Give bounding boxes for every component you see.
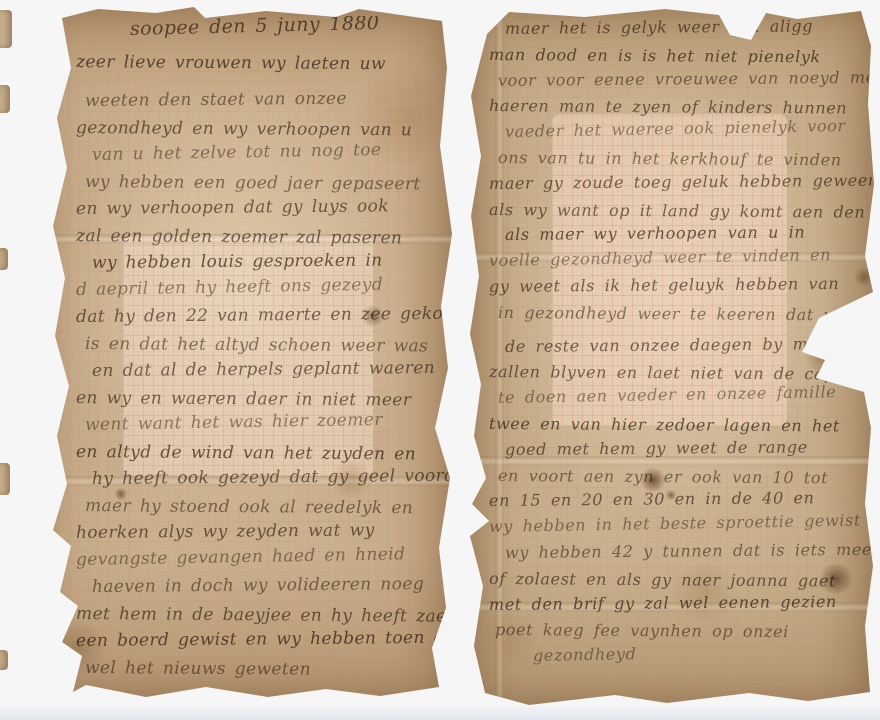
handwriting-line: te doen aen vaeder en onzee famille xyxy=(498,379,872,411)
handwriting-line: dat hy den 22 van maerte en zee gekom xyxy=(76,301,449,331)
handwriting-line: soopee den 5 juny 1880 xyxy=(130,16,449,43)
handwriting-line: de reste van onzee daegen by maekaer xyxy=(505,330,872,359)
handwriting-line: vaeder het waeree ook pienelyk voor xyxy=(505,113,872,145)
handwriting-line: wy hebben in het beste sproettie gewist xyxy=(489,507,872,539)
handwriting-line: d aepril ten hy heeft ons gezeyd xyxy=(76,270,449,304)
handwriting-line: met den brif gy zal wel eenen gezien xyxy=(489,588,872,617)
handwriting-line: wel het nieuws geweten xyxy=(85,655,449,685)
handwriting-line: weeten den staet van onzee xyxy=(85,85,449,115)
handwriting-line: maer het is gelyk weer van aligg xyxy=(505,16,872,42)
handwriting-line: zeer lieve vrouwen wy laeten uw xyxy=(76,49,449,79)
handwriting-line: goed met hem gy weet de range xyxy=(505,434,872,463)
handwriting-line: van u het zelve tot nu nog toe xyxy=(92,136,449,169)
handwriting-line: haeven in doch wy volideeren noeg xyxy=(92,571,449,601)
page-right-text: maer het is gelyk weer van aliggman dood… xyxy=(489,16,872,706)
scanned-letter: soopee den 5 juny 1880zeer lieve vrouwen… xyxy=(0,0,880,720)
page-left-text: soopee den 5 juny 1880zeer lieve vrouwen… xyxy=(76,16,449,698)
handwriting-line: en dat al de herpels geplant waeren xyxy=(92,355,449,385)
scan-bottom-edge xyxy=(0,704,880,720)
handwriting-line: hy heeft ook gezeyd dat gy geel voord xyxy=(92,463,449,493)
handwriting-line: gy weet als ik het geluyk hebben van xyxy=(489,271,872,300)
handwriting-line: voelle gezondheyd weer te vinden en xyxy=(489,241,872,273)
letter-page-right: maer het is gelyk weer van aliggman dood… xyxy=(467,4,876,708)
paper-fragment xyxy=(0,650,8,670)
paper-fragment xyxy=(0,248,8,270)
handwriting-line: maer gy zoude toeg geluk hebben geweer h… xyxy=(489,167,872,196)
handwriting-line: went want het was hier zoemer xyxy=(85,406,449,439)
paper-fragment xyxy=(0,463,10,495)
handwriting-line: in gezondheyd weer te keeren dat wy xyxy=(498,300,872,328)
letter-page-left: soopee den 5 juny 1880zeer lieve vrouwen… xyxy=(28,6,455,702)
handwriting-line: en wy verhoopen dat gy luys ook xyxy=(76,193,449,223)
handwriting-line: een boerd gewist en wy hebben toen al xyxy=(76,625,449,655)
handwriting-line: gezondheyd xyxy=(533,637,872,669)
paper-fragment xyxy=(0,10,12,48)
handwriting-line: wy hebben 42 y tunnen dat is iets meer xyxy=(505,537,872,566)
handwriting-line: gevangste gevangen haed en hneid xyxy=(76,540,449,574)
handwriting-line: voor voor eenee vroeuwee van noeyd mee xyxy=(498,64,872,93)
paper-fragment xyxy=(0,85,10,113)
